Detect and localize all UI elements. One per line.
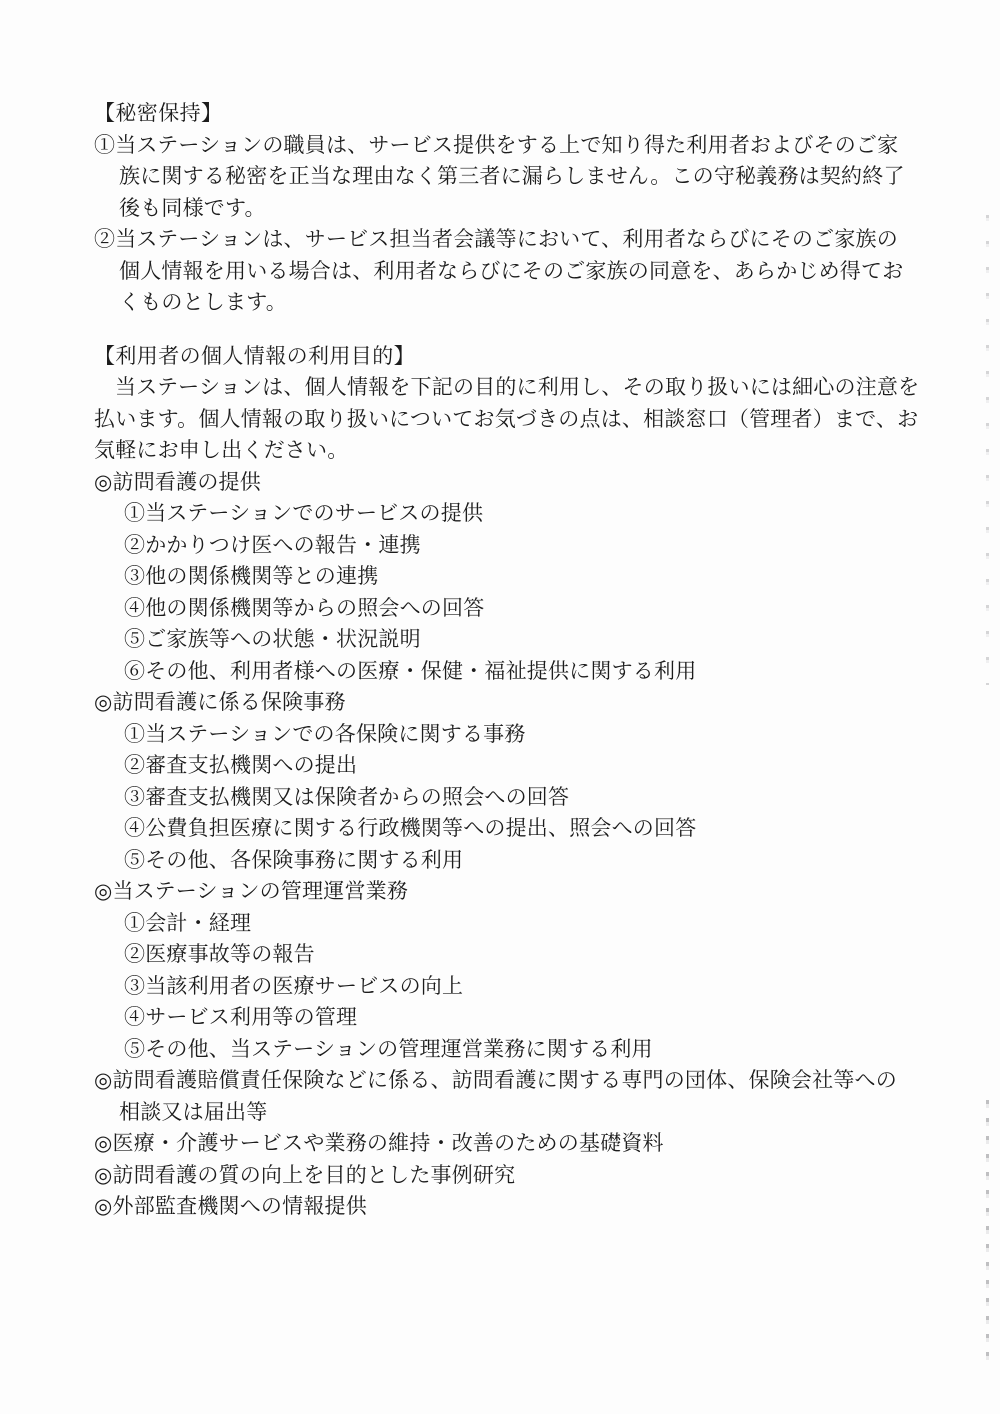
clause-line: 族に関する秘密を正当な理由なく第三者に漏らしません。この守秘義務は契約終了 <box>94 161 924 193</box>
clause-line: ②当ステーションは、サービス担当者会議等において、利用者ならびにそのご家族の <box>94 224 924 256</box>
closing-item: ◎医療・介護サービスや業務の維持・改善のための基礎資料 <box>94 1128 924 1160</box>
list-item: ⑤その他、当ステーションの管理運営業務に関する利用 <box>94 1034 924 1066</box>
group-title: ◎訪問看護の提供 <box>94 467 924 499</box>
list-item: ④サービス利用等の管理 <box>94 1002 924 1034</box>
clause-line: くものとします。 <box>94 287 924 319</box>
list-item: ⑤その他、各保険事務に関する利用 <box>94 845 924 877</box>
list-item: ⑥その他、利用者様への医療・保健・福祉提供に関する利用 <box>94 656 924 688</box>
section-heading-usage-purpose: 【利用者の個人情報の利用目的】 <box>94 341 924 373</box>
intro-line: 払います。個人情報の取り扱いについてお気づきの点は、相談窓口（管理者）まで、お <box>94 404 924 436</box>
section-purpose: 【利用者の個人情報の利用目的】 当ステーションは、個人情報を下記の目的に利用し、… <box>94 341 924 1223</box>
clause-line: 後も同様です。 <box>94 193 924 225</box>
intro-line: 当ステーションは、個人情報を下記の目的に利用し、その取り扱いには細心の注意を <box>94 372 924 404</box>
clause-line: ①当ステーションの職員は、サービス提供をする上で知り得た利用者およびそのご家 <box>94 130 924 162</box>
list-item: ②医療事故等の報告 <box>94 939 924 971</box>
scan-artifact <box>986 1100 989 1360</box>
intro-line: 気軽にお申し出ください。 <box>94 435 924 467</box>
list-item: ①当ステーションでの各保険に関する事務 <box>94 719 924 751</box>
section-heading-confidentiality: 【秘密保持】 <box>94 98 924 130</box>
document-content: 【秘密保持】 ①当ステーションの職員は、サービス提供をする上で知り得た利用者およ… <box>94 98 924 1223</box>
list-item: ③審査支払機関又は保険者からの照会への回答 <box>94 782 924 814</box>
list-item: ②審査支払機関への提出 <box>94 750 924 782</box>
list-item: ③当該利用者の医療サービスの向上 <box>94 971 924 1003</box>
list-item: ②かかりつけ医への報告・連携 <box>94 530 924 562</box>
list-item: ①当ステーションでのサービスの提供 <box>94 498 924 530</box>
closing-item: ◎外部監査機関への情報提供 <box>94 1191 924 1223</box>
group-title: ◎当ステーションの管理運営業務 <box>94 876 924 908</box>
list-item: ④他の関係機関等からの照会への回答 <box>94 593 924 625</box>
list-item: ③他の関係機関等との連携 <box>94 561 924 593</box>
closing-item: 相談又は届出等 <box>94 1097 924 1129</box>
closing-item: ◎訪問看護賠償責任保険などに係る、訪問看護に関する専門の団体、保険会社等への <box>94 1065 924 1097</box>
clause-line: 個人情報を用いる場合は、利用者ならびにそのご家族の同意を、あらかじめ得てお <box>94 256 924 288</box>
list-item: ④公費負担医療に関する行政機関等への提出、照会への回答 <box>94 813 924 845</box>
document-page: 【秘密保持】 ①当ステーションの職員は、サービス提供をする上で知り得た利用者およ… <box>0 0 1000 1414</box>
list-item: ⑤ご家族等への状態・状況説明 <box>94 624 924 656</box>
scan-artifact <box>986 215 989 685</box>
closing-item: ◎訪問看護の質の向上を目的とした事例研究 <box>94 1160 924 1192</box>
list-item: ①会計・経理 <box>94 908 924 940</box>
group-title: ◎訪問看護に係る保険事務 <box>94 687 924 719</box>
